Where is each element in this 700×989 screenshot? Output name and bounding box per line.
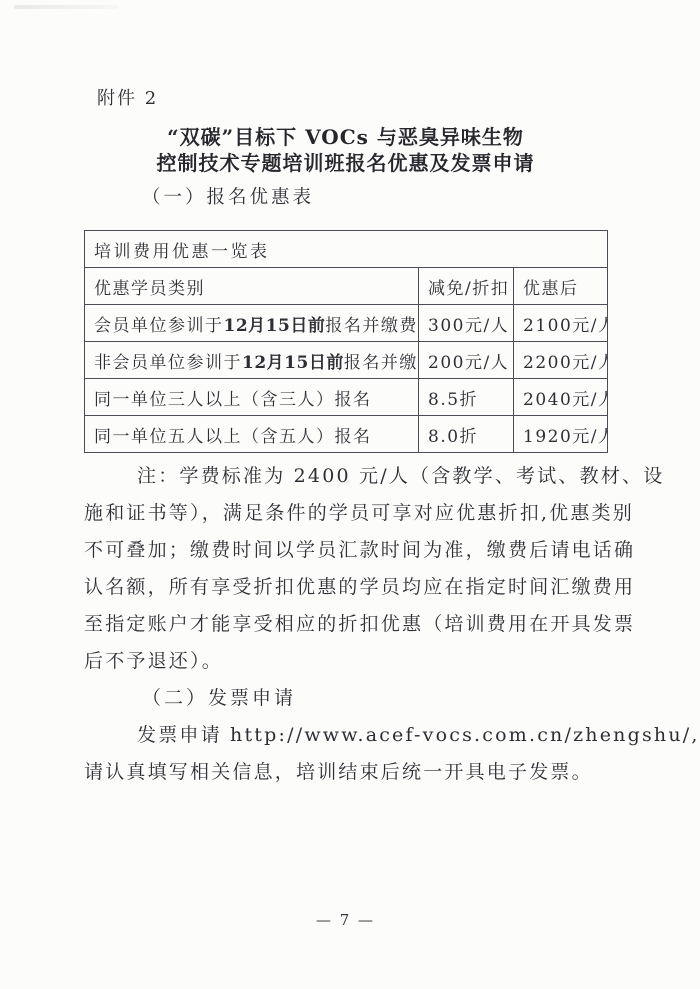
- fee-row-group-five: 同一单位五人以上（含五人）报名 8.0折 1920元/人: [85, 416, 608, 453]
- table-caption-row: 培训费用优惠一览表: [85, 231, 608, 268]
- fee-category-cell: 非会员单位参训于12月15日前报名并缴费: [85, 342, 419, 379]
- document-title-line2: 控制技术专题培训班报名优惠及发票申请: [84, 150, 607, 176]
- attachment-label: 附件 2: [84, 88, 607, 110]
- fee-row-member-early: 会员单位参训于12月15日前报名并缴费 300元/人 2100元/人: [85, 305, 608, 342]
- column-header-category: 优惠学员类别: [85, 268, 419, 305]
- fee-price-cell: 1920元/人: [514, 416, 608, 453]
- document-title: “双碳”目标下 VOCs 与恶臭异味生物 控制技术专题培训班报名优惠及发票申请: [84, 124, 607, 176]
- fee-category-cell: 同一单位五人以上（含五人）报名: [85, 416, 419, 453]
- fee-category-prefix: 非会员单位参训于: [94, 353, 242, 373]
- fee-category-date: 12月15日前: [242, 353, 344, 373]
- note-line-1: 注：学费标准为 2400 元/人（含教学、考试、教材、设: [84, 458, 607, 495]
- fee-discount-cell: 8.5折: [419, 379, 514, 416]
- invoice-section: （二）发票申请 发票申请 http://www.acef-vocs.com.cn…: [84, 680, 607, 791]
- section-heading-invoice-request: （二）发票申请: [84, 680, 607, 717]
- fee-price-cell: 2040元/人: [514, 379, 608, 416]
- note-paragraph: 注：学费标准为 2400 元/人（含教学、考试、教材、设 施和证书等），满足条件…: [84, 458, 607, 680]
- column-header-discount: 减免/折扣: [419, 268, 514, 305]
- column-header-price-after: 优惠后: [514, 268, 608, 305]
- table-caption: 培训费用优惠一览表: [85, 231, 608, 268]
- fee-price-cell: 2200元/人: [514, 342, 608, 379]
- note-line-5: 至指定账户才能享受相应的折扣优惠（培训费用在开具发票: [84, 606, 607, 643]
- fee-category-prefix: 同一单位三人以上（含三人）报名: [94, 390, 372, 410]
- scan-artifact: [14, 5, 118, 9]
- fee-discount-cell: 8.0折: [419, 416, 514, 453]
- fee-discount-cell: 300元/人: [419, 305, 514, 342]
- note-line-3: 不可叠加；缴费时间以学员汇款时间为准，缴费后请电话确: [84, 532, 607, 569]
- fee-category-suffix: 报名并缴费: [325, 316, 418, 336]
- fee-row-group-three: 同一单位三人以上（含三人）报名 8.5折 2040元/人: [85, 379, 608, 416]
- invoice-line-url: 发票申请 http://www.acef-vocs.com.cn/zhengsh…: [84, 717, 607, 754]
- table-header-row: 优惠学员类别 减免/折扣 优惠后: [85, 268, 608, 305]
- note-line-2: 施和证书等），满足条件的学员可享对应优惠折扣,优惠类别: [84, 495, 607, 532]
- fee-row-nonmember-early: 非会员单位参训于12月15日前报名并缴费 200元/人 2200元/人: [85, 342, 608, 379]
- note-line-6: 后不予退还）。: [84, 643, 607, 680]
- fee-table: 培训费用优惠一览表 优惠学员类别 减免/折扣 优惠后 会员单位参训于12月15日…: [84, 230, 608, 453]
- note-line-4: 认名额，所有享受折扣优惠的学员均应在指定时间汇缴费用: [84, 569, 607, 606]
- document-title-line1: “双碳”目标下 VOCs 与恶臭异味生物: [84, 124, 607, 150]
- fee-category-prefix: 同一单位五人以上（含五人）报名: [94, 427, 372, 447]
- fee-discount-cell: 200元/人: [419, 342, 514, 379]
- fee-category-cell: 同一单位三人以上（含三人）报名: [85, 379, 419, 416]
- fee-category-date: 12月15日前: [224, 316, 326, 336]
- document-page: 附件 2 “双碳”目标下 VOCs 与恶臭异味生物 控制技术专题培训班报名优惠及…: [0, 0, 700, 989]
- fee-category-cell: 会员单位参训于12月15日前报名并缴费: [85, 305, 419, 342]
- invoice-line-instruction: 请认真填写相关信息，培训结束后统一开具电子发票。: [84, 754, 607, 791]
- page-number: — 7 —: [84, 911, 607, 929]
- fee-category-suffix: 报名并缴费: [344, 353, 419, 373]
- section-heading-registration-discount: （一）报名优惠表: [84, 186, 607, 210]
- fee-category-prefix: 会员单位参训于: [94, 316, 224, 336]
- fee-price-cell: 2100元/人: [514, 305, 608, 342]
